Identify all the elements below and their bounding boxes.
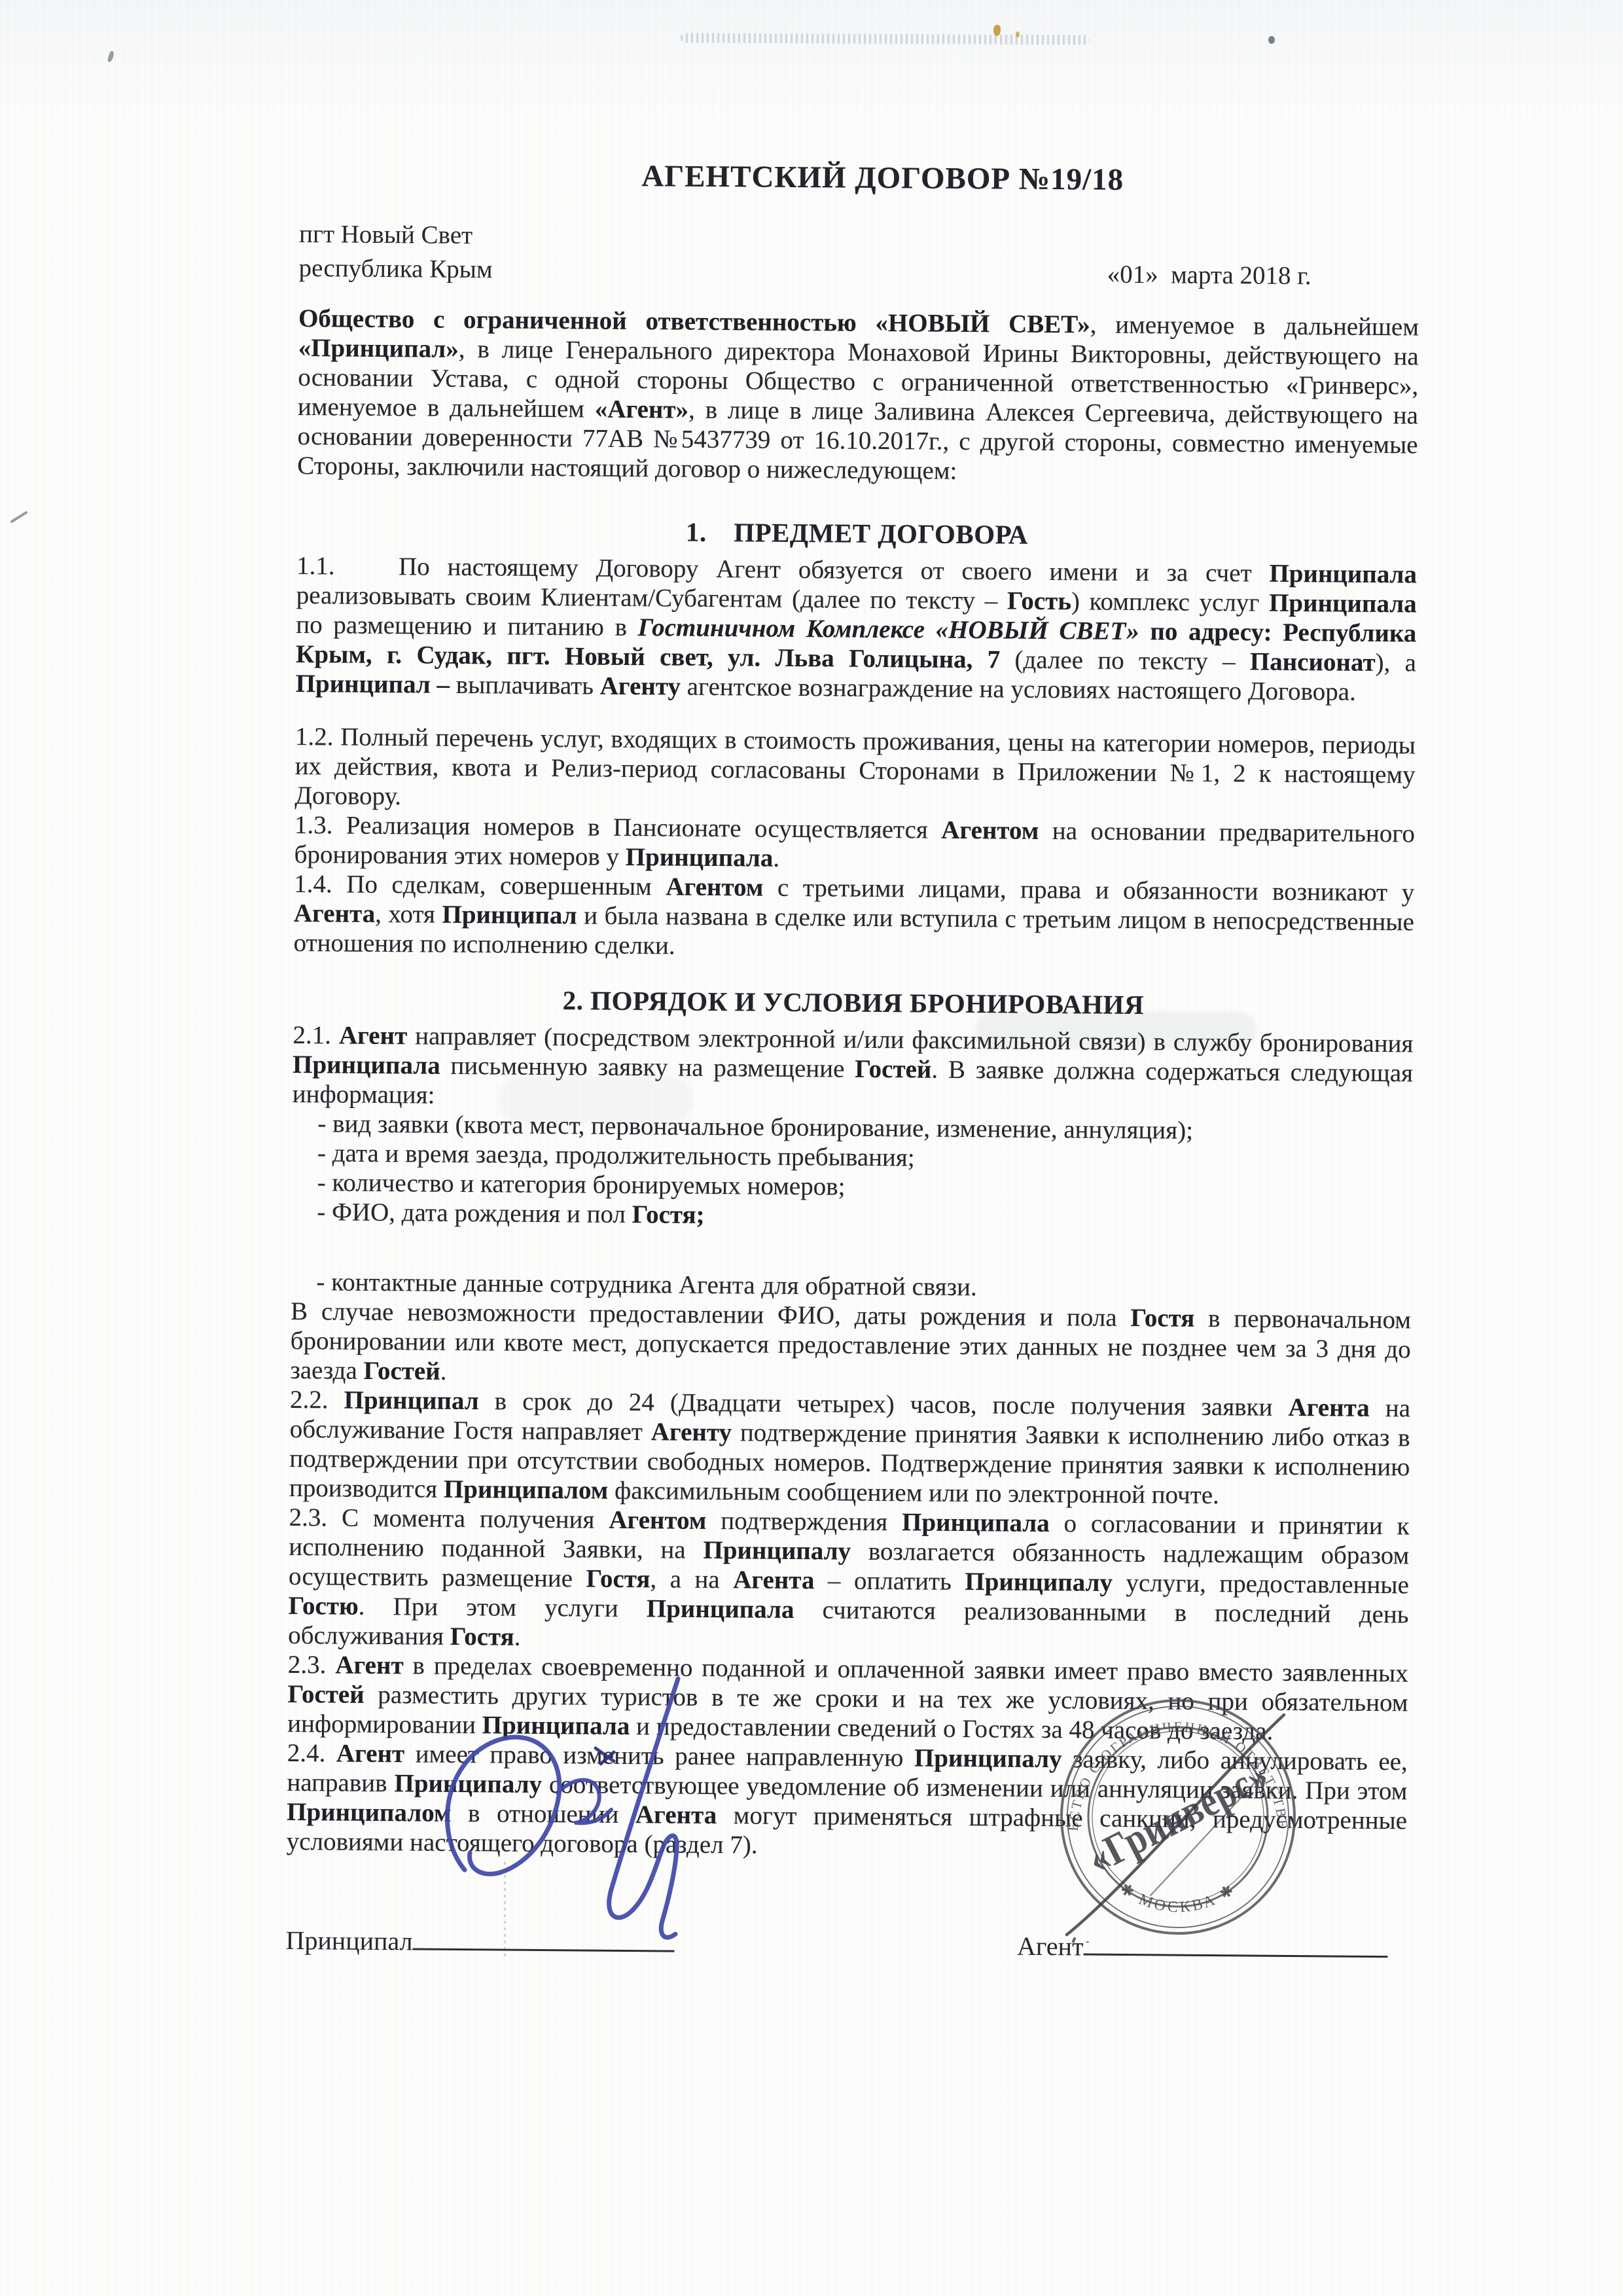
svg-text:✱ МОСКВА ✱: ✱ МОСКВА ✱ — [1116, 1880, 1240, 1916]
contract-date: «01» марта 2018 г. — [1107, 258, 1419, 295]
section-1-heading: 1. ПРЕДМЕТ ДОГОВОРА — [296, 513, 1417, 553]
stamp-city-text: ✱ МОСКВА ✱ — [1116, 1880, 1240, 1916]
place-line-1: пгт Новый Свет — [299, 217, 493, 253]
scan-smudge-artifact — [681, 33, 1090, 45]
scanned-contract-page: АГЕНТСКИЙ ДОГОВОР №19/18 пгт Новый Свет … — [0, 0, 1623, 2296]
guest-data-paragraph: В случае невозможности предоставлении ФИ… — [290, 1297, 1411, 1393]
scan-mark-artifact — [107, 50, 115, 62]
clause-2-2: 2.2. Принципал в срок до 24 (Двадцати че… — [289, 1385, 1410, 1511]
principal-signature-ink — [401, 1672, 719, 1960]
stamp-company-name: «Гринверс» — [1080, 1751, 1276, 1883]
place-line-2: республика Крым — [298, 251, 492, 287]
agent-signature-line — [1083, 1949, 1387, 1958]
section-2-heading: 2. ПОРЯДОК И УСЛОВИЯ БРОНИРОВАНИЯ — [293, 982, 1414, 1022]
scan-speck-artifact — [993, 25, 1001, 36]
clause-1-4: 1.4. По сделкам, совершенным Агентом с т… — [293, 869, 1414, 966]
document-title: АГЕНТСКИЙ ДОГОВОР №19/18 — [346, 156, 1420, 200]
preamble-paragraph: Общество с ограниченной ответственностью… — [297, 304, 1419, 489]
scan-speck-artifact — [1016, 31, 1020, 37]
scan-speck-artifact — [1268, 36, 1275, 44]
place-block: пгт Новый Свет республика Крым — [298, 217, 493, 287]
clause-1-1: 1.1. По настоящему Договору Агент обязуе… — [295, 551, 1417, 707]
clause-2-3: 2.3. С момента получения Агентом подтвер… — [288, 1503, 1410, 1659]
place-and-date-row: пгт Новый Свет республика Крым «01» март… — [298, 217, 1419, 294]
clause-2-1: 2.1. Агент направляет (посредством элект… — [293, 1020, 1414, 1117]
principal-label: Принципал — [285, 1926, 412, 1956]
clause-1-2: 1.2. Полный перечень услуг, входящих в с… — [294, 722, 1416, 819]
company-seal-stamp: ЕСТВО С ОГРАНИЧЕННОЙ ОТВЕТСТВЕННОСТЬЮ «Г… — [1052, 1691, 1304, 1943]
scan-mark-artifact — [10, 511, 28, 523]
clause-1-3: 1.3. Реализация номеров в Пансионате осу… — [294, 810, 1415, 878]
